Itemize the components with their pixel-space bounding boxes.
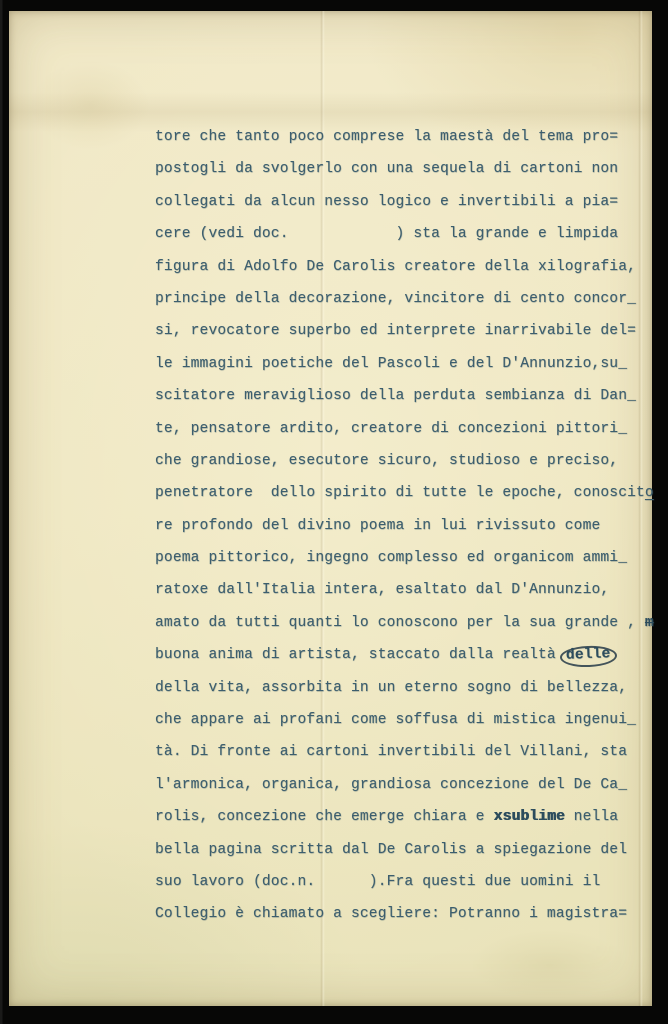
text-line: si, revocatore superbo ed interprete ina… (155, 315, 635, 347)
text-line: penetratore dello spirito di tutte le ep… (155, 477, 635, 509)
text-line: amato da tutti quanti lo conoscono per l… (155, 607, 635, 639)
text-segment: poema pittorico, ingegno complesso ed or… (155, 550, 627, 566)
text-segment: buona anima di artista, staccato dalla r… (155, 647, 565, 663)
text-segment-bold: xsublime (494, 809, 565, 825)
text-segment: che grandiose, esecutore sicuro, studios… (155, 453, 618, 469)
text-segment: che appare ai profani come soffusa di mi… (155, 712, 636, 728)
text-segment: penetratore dello spirito di tutte le ep… (155, 485, 645, 501)
text-segment: le immagini poetiche del Pascoli e del D… (155, 356, 627, 372)
text-line: buona anima di artista, staccato dalla r… (155, 639, 635, 671)
text-segment: rolis, concezione che emerge chiara e (155, 809, 494, 825)
text-line: te, pensatore ardito, creatore di concez… (155, 413, 635, 445)
text-segment-underline: o (645, 485, 654, 501)
text-segment: bella pagina scritta dal De Carolis a sp… (155, 842, 627, 858)
text-line: Collegio è chiamato a scegliere: Potrann… (155, 898, 635, 930)
text-segment: te, pensatore ardito, creatore di concez… (155, 421, 627, 437)
text-line: collegati da alcun nesso logico e invert… (155, 186, 635, 218)
text-line: principe della decorazione, vincitore di… (155, 283, 635, 315)
text-segment: della vita, assorbita in un eterno sogno… (155, 680, 627, 696)
text-segment: figura di Adolfo De Carolis creatore del… (155, 259, 636, 275)
text-line: tà. Di fronte ai cartoni invertibili del… (155, 736, 635, 768)
text-line: scitatore meraviglioso della perduta sem… (155, 380, 635, 412)
text-segment: l'armonica, organica, grandiosa concezio… (155, 777, 627, 793)
scanned-document-photo: { "colors": { "background": "#0b0a08", "… (0, 0, 668, 1024)
text-line: cere (vedi doc. ) sta la grande e limpid… (155, 218, 635, 250)
text-line: che appare ai profani come soffusa di mi… (155, 704, 635, 736)
text-line: suo lavoro (doc.n. ).Fra questi due uomi… (155, 866, 635, 898)
text-line: le immagini poetiche del Pascoli e del D… (155, 348, 635, 380)
typewritten-text-block: tore che tanto poco comprese la maestà d… (155, 121, 635, 931)
text-segment-circled: delle (559, 645, 616, 668)
text-line: poema pittorico, ingegno complesso ed or… (155, 542, 635, 574)
text-segment: postogli da svolgerlo con una sequela di… (155, 161, 618, 177)
text-line: bella pagina scritta dal De Carolis a sp… (155, 834, 635, 866)
text-segment: principe della decorazione, vincitore di… (155, 291, 636, 307)
text-segment: ratoxe dall'Italia intera, esaltato dal … (155, 582, 609, 598)
text-line: tore che tanto poco comprese la maestà d… (155, 121, 635, 153)
text-segment: Collegio è chiamato a scegliere: Potrann… (155, 906, 627, 922)
text-segment: nella (565, 809, 618, 825)
text-segment: tà. Di fronte ai cartoni invertibili del… (155, 744, 627, 760)
text-segment: si, revocatore superbo ed interprete ina… (155, 323, 636, 339)
text-line: figura di Adolfo De Carolis creatore del… (155, 251, 635, 283)
text-segment: suo lavoro (doc.n. ).Fra questi due uomi… (155, 874, 600, 890)
text-segment: tore che tanto poco comprese la maestà d… (155, 129, 618, 145)
text-line: rolis, concezione che emerge chiara e xs… (155, 801, 635, 833)
text-line: l'armonica, organica, grandiosa concezio… (155, 769, 635, 801)
text-segment-struck: m (645, 615, 654, 631)
text-segment: amato da tutti quanti lo conoscono per l… (155, 615, 645, 631)
text-line: ratoxe dall'Italia intera, esaltato dal … (155, 574, 635, 606)
text-segment: cere (vedi doc. ) sta la grande e limpid… (155, 226, 618, 242)
text-line: che grandiose, esecutore sicuro, studios… (155, 445, 635, 477)
paper-edge-crease (638, 11, 643, 1006)
text-line: della vita, assorbita in un eterno sogno… (155, 672, 635, 704)
text-segment: re profondo del divino poema in lui rivi… (155, 518, 600, 534)
text-segment: scitatore meraviglioso della perduta sem… (155, 388, 636, 404)
text-segment: collegati da alcun nesso logico e invert… (155, 194, 618, 210)
text-line: re profondo del divino poema in lui rivi… (155, 510, 635, 542)
text-line: postogli da svolgerlo con una sequela di… (155, 153, 635, 185)
